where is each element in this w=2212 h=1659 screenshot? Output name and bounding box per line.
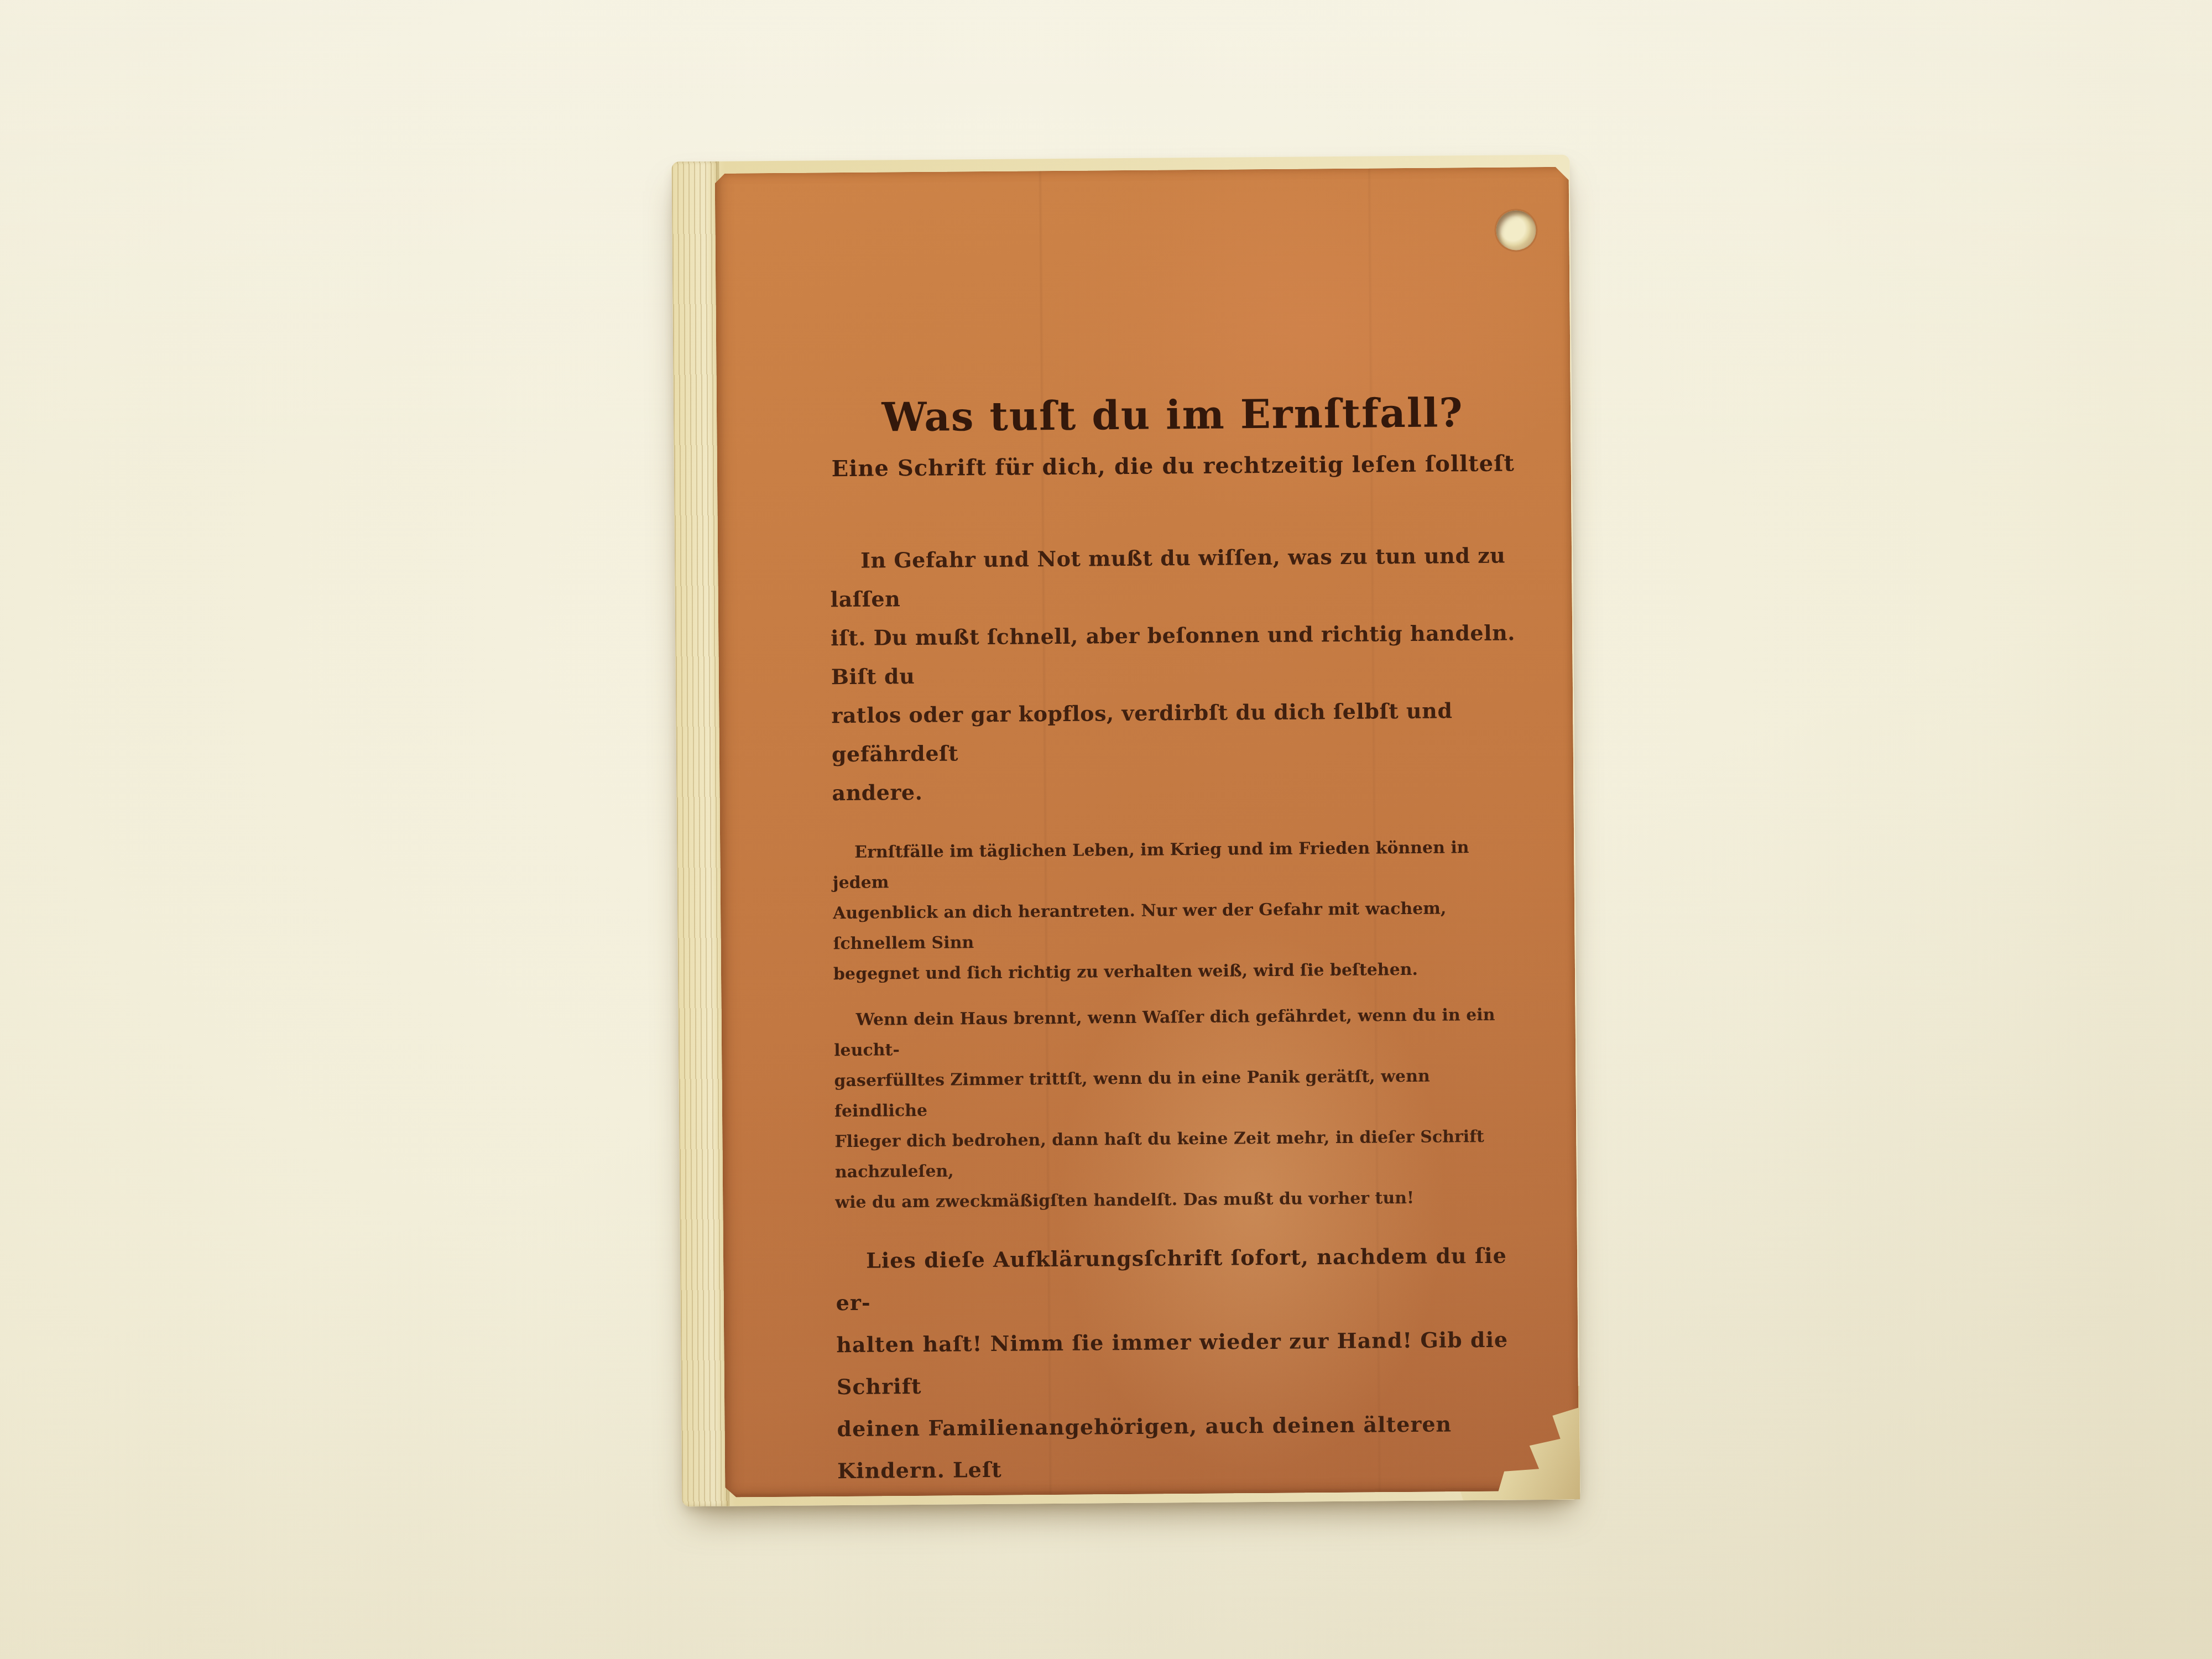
front-cover: Was tuſt du im Ernſtfall? Eine Schrift f…	[715, 167, 1579, 1498]
intro-paragraph: In Gefahr und Not mußt du wiſſen, was zu…	[830, 536, 1520, 812]
cover-text: Was tuſt du im Ernſtfall? Eine Schrift f…	[715, 167, 1579, 1498]
pamphlet: Was tuſt du im Ernſtfall? Eine Schrift f…	[671, 155, 1580, 1507]
photo-backdrop: Was tuſt du im Ernſtfall? Eine Schrift f…	[0, 0, 2212, 1659]
pamphlet-title: Was tuſt du im Ernſtfall?	[829, 387, 1517, 442]
pamphlet-subtitle: Eine Schrift für dich, die du rechtzeiti…	[830, 449, 1517, 483]
closing-paragraph: Lies dieſe Aufklärungsſchrift ſofort, na…	[836, 1234, 1526, 1618]
paragraph-danger: Wenn dein Haus brennt, wenn Waſſer dich …	[833, 999, 1522, 1218]
paragraph-everyday: Ernſtfälle im täglichen Leben, im Krieg …	[832, 832, 1521, 989]
